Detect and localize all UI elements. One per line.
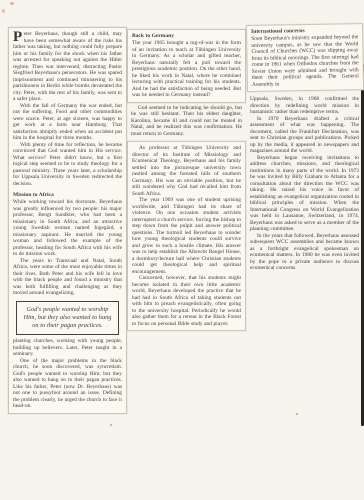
pen-mark <box>2 9 5 13</box>
article-column-2: Back to Germany The year 1965 brought a … <box>127 29 246 331</box>
article-column-1: Peter Beyerhaus, though still a child, m… <box>8 27 127 414</box>
paragraph: Concerned, however, that his students mi… <box>132 275 241 327</box>
paragraph: The year 1969 was one of student uprisin… <box>132 197 241 275</box>
paragraph: While working toward his doctorate, Beye… <box>13 199 122 258</box>
paragraph: Beyerhaus began receiving invitations to… <box>250 155 359 233</box>
clipping-block: As professor at Tübingen University and … <box>127 141 246 331</box>
paragraph: With the fall of Germany the war ended, … <box>13 103 122 142</box>
paragraph: The years in Transvaal and Natal, South … <box>13 258 122 297</box>
paragraph-text: eter Beyerhaus, though still a child, ma… <box>13 31 122 102</box>
section-heading-mission-to-africa: Mission to Africa <box>13 192 122 199</box>
paragraph: One of the major problems in the black c… <box>13 358 122 410</box>
scanned-article-page: Peter Beyerhaus, though still a child, m… <box>0 0 364 500</box>
clipping-block: Peter Beyerhaus, though still a child, m… <box>8 27 127 414</box>
clipping-block: Back to Germany The year 1965 brought a … <box>127 29 246 103</box>
scan-speck <box>110 424 112 426</box>
clipping-block: God seemed to be indicating he should go… <box>127 103 246 140</box>
paragraph: With plenty of time for reflection, he b… <box>13 142 122 188</box>
section-heading-back-to-germany: Back to Germany <box>132 33 241 40</box>
scan-speck <box>296 413 298 415</box>
drop-cap: P <box>13 31 24 43</box>
paragraph: Uppsala, Sweden, in 1968 confirmed the d… <box>250 96 359 116</box>
paragraph: As professor at Tübingen University and … <box>132 145 241 197</box>
paragraph: Peter Beyerhaus, though still a child, m… <box>13 31 122 103</box>
paragraph: The year 1965 brought a tug-of-war in th… <box>132 40 241 99</box>
clipping-block: International concerns Soon Beyerhaus's … <box>246 23 364 92</box>
article-column-3: International concerns Soon Beyerhaus's … <box>246 25 363 274</box>
paragraph: God seemed to be indicating he should go… <box>131 105 242 138</box>
paragraph: Soon Beyerhaus's ministry expanded beyon… <box>251 34 359 88</box>
pull-quote: God's people wanted to worship Him, but … <box>16 301 119 336</box>
clipping-block: Uppsala, Sweden, in 1968 confirmed the d… <box>246 94 363 274</box>
pen-mark <box>10 2 14 5</box>
paragraph: In 1970 Beyerhaus drafted a critical ass… <box>250 116 359 155</box>
paragraph: planting churches, working with young pe… <box>13 338 122 358</box>
paragraph: In the years that followed, Beyerhaus as… <box>250 233 359 272</box>
